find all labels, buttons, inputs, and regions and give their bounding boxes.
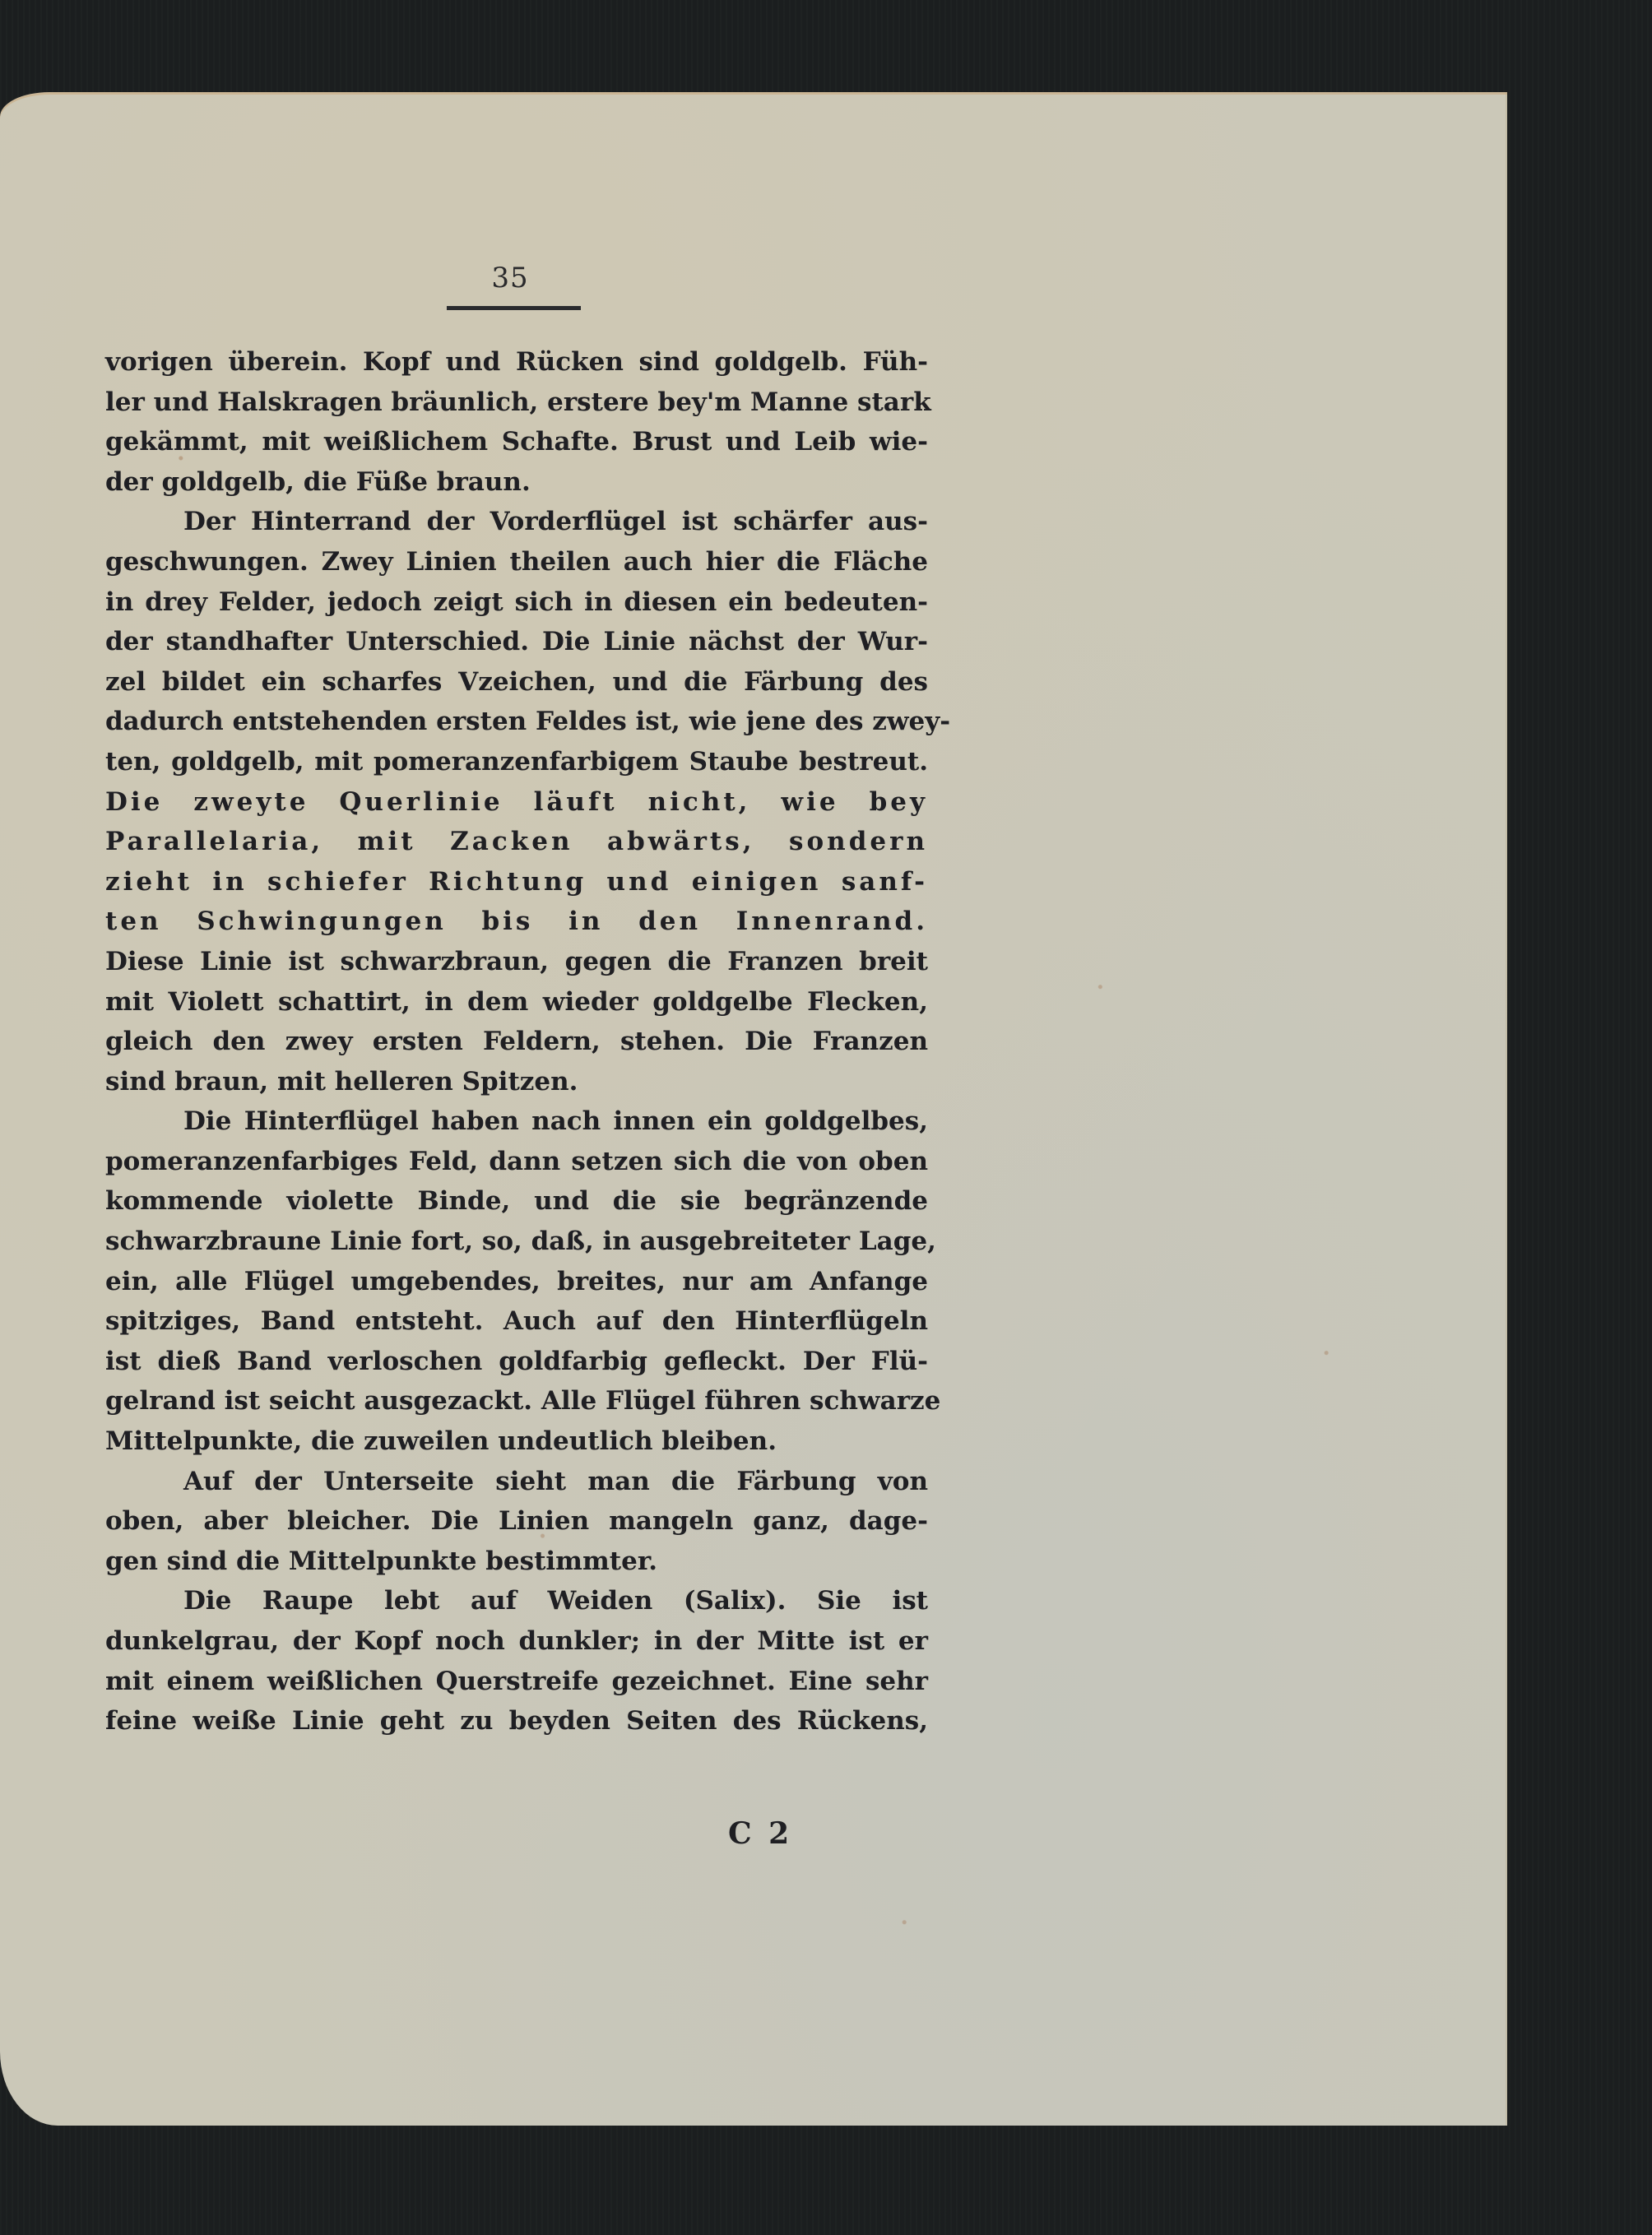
text-line: Die Raupe lebt auf Weiden (Salix). Sie i… (105, 1581, 928, 1621)
text-line: Diese Linie ist schwarzbraun, gegen die … (105, 942, 928, 982)
text-line: Die Hinterflügel haben nach innen ein go… (105, 1101, 928, 1142)
text-line: ist dieß Band verloschen goldfarbig gefl… (105, 1342, 928, 1382)
text-line: Parallelaria, mit Zacken abwärts, sonder… (105, 822, 928, 862)
text-line: gen sind die Mittelpunkte bestimmter. (105, 1542, 928, 1582)
text-line: dadurch entstehenden ersten Feldes ist, … (105, 702, 928, 742)
text-line: gelrand ist seicht ausgezackt. Alle Flüg… (105, 1381, 928, 1421)
text-line: Mittelpunkte, die zuweilen undeutlich bl… (105, 1421, 928, 1462)
text-line: gleich den zwey ersten Feldern, stehen. … (105, 1022, 928, 1062)
text-line: zel bildet ein scharfes Vzeichen, und di… (105, 662, 928, 702)
text-line: mit einem weißlichen Querstreife gezeich… (105, 1662, 928, 1702)
text-line: in drey Felder, jedoch zeigt sich in die… (105, 582, 928, 623)
text-line: ten Schwingungen bis in den Innenrand. (105, 902, 928, 942)
text-line: oben, aber bleicher. Die Linien mangeln … (105, 1501, 928, 1542)
text-line: schwarzbraune Linie fort, so, daß, in au… (105, 1222, 928, 1262)
text-line: ein, alle Flügel umgebendes, breites, nu… (105, 1262, 928, 1302)
text-line: mit Violett schattirt, in dem wieder gol… (105, 982, 928, 1022)
text-line: spitziges, Band entsteht. Auch auf den H… (105, 1301, 928, 1342)
header-rule (447, 306, 581, 310)
text-line: dunkelgrau, der Kopf noch dunkler; in de… (105, 1621, 928, 1662)
text-line: der standhafter Unterschied. Die Linie n… (105, 622, 928, 662)
text-line: Die zweyte Querlinie läuft nicht, wie be… (105, 782, 928, 823)
text-line: ler und Halskragen bräunlich, erstere be… (105, 383, 928, 423)
text-line: Auf der Unterseite sieht man die Färbung… (105, 1462, 928, 1502)
text-line: zieht in schiefer Richtung und einigen s… (105, 862, 928, 902)
text-line: geschwungen. Zwey Linien theilen auch hi… (105, 542, 928, 582)
text-line: Der Hinterrand der Vorderflügel ist schä… (105, 502, 928, 542)
signature-mark: C 2 (728, 1816, 792, 1851)
text-line: sind braun, mit helleren Spitzen. (105, 1062, 928, 1102)
text-line: kommende violette Binde, und die sie beg… (105, 1181, 928, 1222)
text-line: gekämmt, mit weißlichem Schafte. Brust u… (105, 422, 928, 462)
page-number: 35 (469, 262, 551, 294)
text-line: pomeranzenfarbiges Feld, dann setzen sic… (105, 1142, 928, 1182)
text-line: ten, goldgelb, mit pomeranzenfarbigem St… (105, 742, 928, 782)
text-line: feine weiße Linie geht zu beyden Seiten … (105, 1701, 928, 1741)
text-line: der goldgelb, die Füße braun. (105, 462, 928, 503)
body-text: vorigen überein. Kopf und Rücken sind go… (105, 342, 928, 1741)
text-line: vorigen überein. Kopf und Rücken sind go… (105, 342, 928, 383)
